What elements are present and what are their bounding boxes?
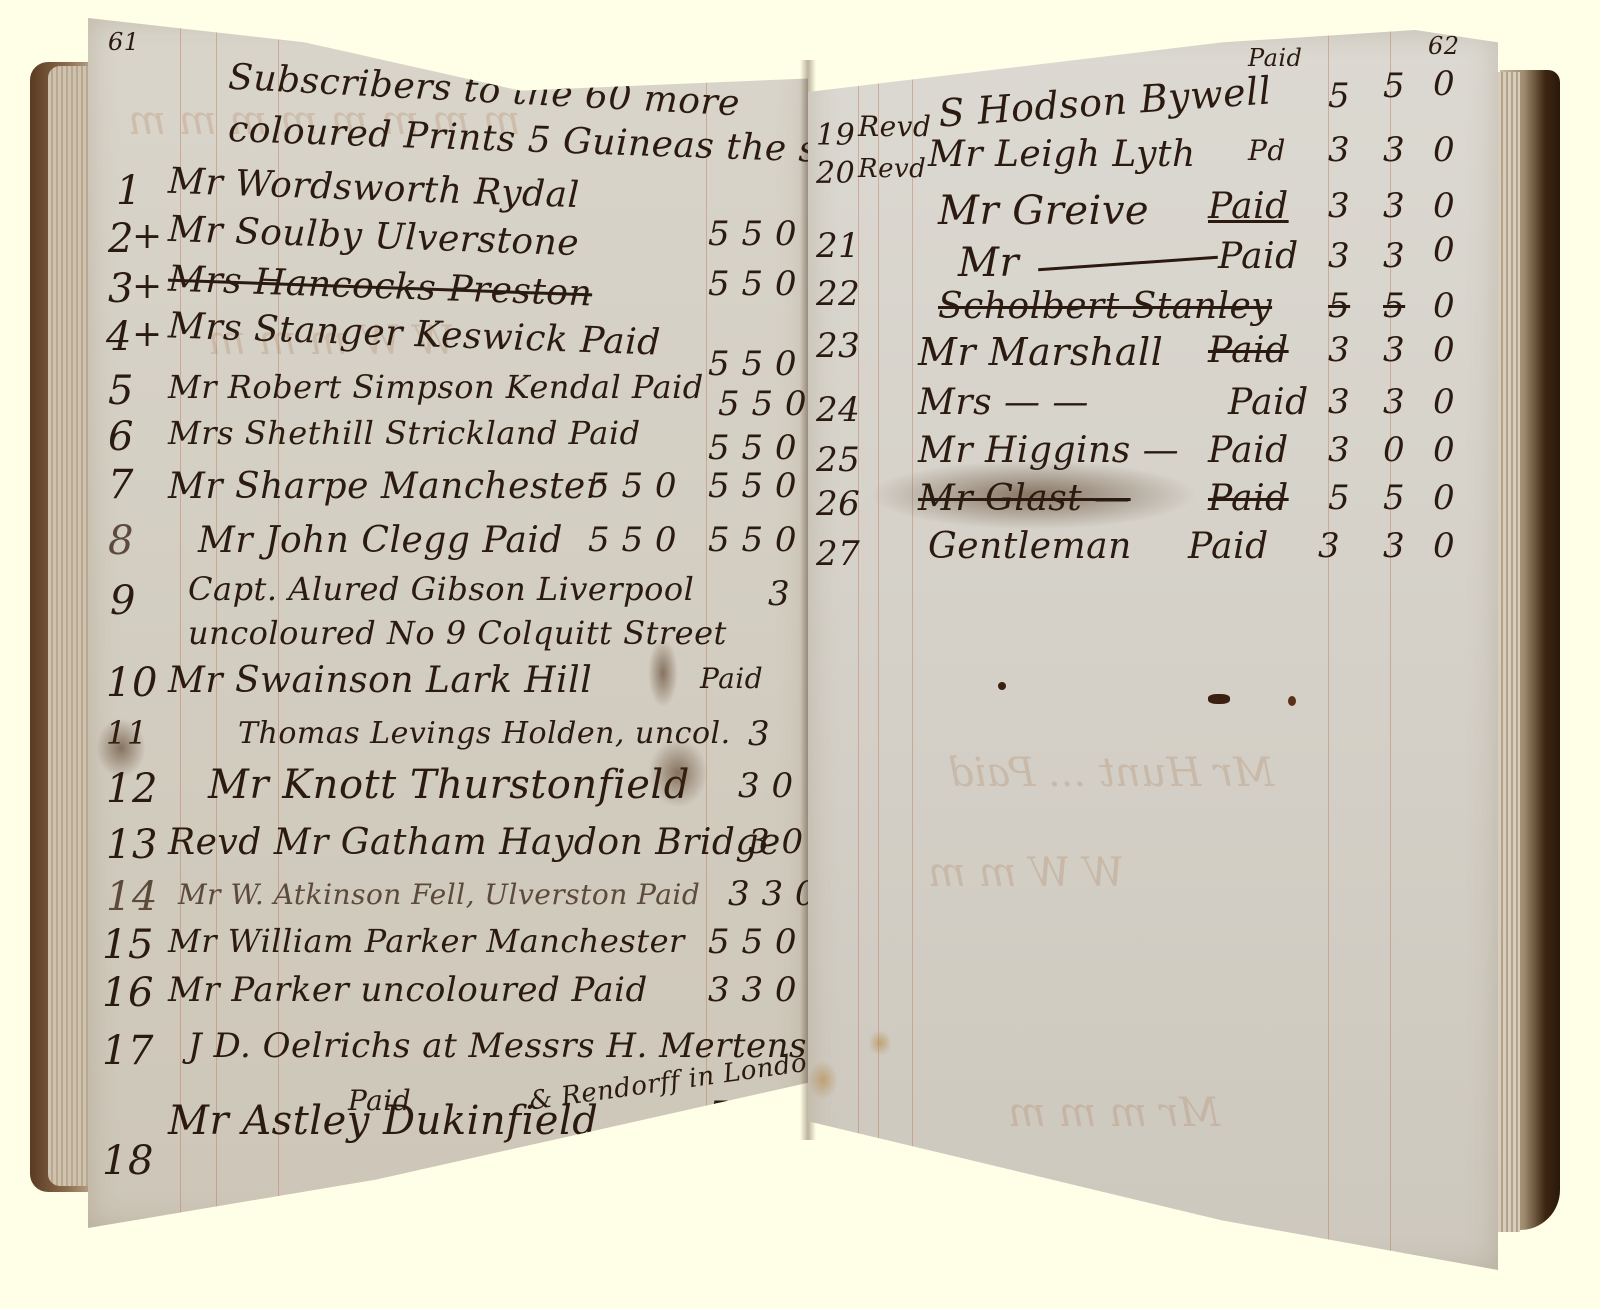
subscriber-name: Gentleman: [928, 526, 1132, 567]
subscriber-name: Mrs Shethill Strickland Paid: [168, 414, 641, 452]
entry-number: 2: [108, 216, 134, 262]
amount-pence: 0: [1433, 478, 1455, 518]
amount: 5 5 0: [708, 922, 797, 962]
ink-blot: [998, 682, 1006, 690]
amount: 3 0: [748, 822, 804, 862]
subscriber-name: Mr Marshall: [918, 330, 1163, 374]
subscriber-name: Mrs Hancocks Preston: [167, 259, 592, 315]
amount: 5 5 0: [708, 520, 797, 560]
payment-note: Paid: [1208, 186, 1289, 227]
left-page: m m m m m m m m W W m m m 61 Subscribers…: [88, 18, 808, 1228]
amount-pence: 0: [1433, 430, 1455, 470]
subscriber-name: Mr Glast —: [918, 478, 1131, 519]
payment-note: Pd: [1248, 134, 1286, 167]
entry-number: 7: [108, 462, 134, 508]
entry-mark: +: [132, 314, 163, 355]
subscriber-name: Mr Knott Thurstonfield: [208, 762, 690, 808]
amount: 3: [768, 574, 790, 614]
subscriber-name: Scholbert Stanley: [938, 286, 1272, 327]
entry-number: 9: [110, 578, 136, 624]
amount-shillings: 3: [1383, 526, 1405, 566]
page-number: 62: [1428, 32, 1460, 60]
payment-note: Paid: [1228, 382, 1309, 423]
ink-blot: [1208, 694, 1230, 704]
ruled-line: [878, 30, 879, 1270]
subscriber-name: Mr Greive: [938, 188, 1149, 234]
amount-shillings: 5: [1383, 66, 1405, 106]
payment-note: Paid: [700, 662, 763, 695]
amount-pounds: 5: [1328, 286, 1350, 326]
amount-pounds: 5: [1328, 76, 1350, 116]
amount: 5 5 0: [708, 264, 797, 304]
amount-shillings: 0: [1383, 430, 1405, 470]
amount-pounds: 3: [1328, 430, 1350, 470]
entry-number: 19: [816, 118, 855, 153]
subscriber-name: Mr John Clegg Paid: [198, 520, 563, 561]
ink-smudge: [648, 638, 678, 708]
subscriber-name: Mr Robert Simpson Kendal Paid: [168, 368, 704, 406]
amount: 5 5 0: [708, 214, 797, 254]
subscriber-name: Mr William Parker Manchester: [168, 922, 685, 960]
entry-number: 4: [106, 314, 132, 360]
entry-number: 23: [816, 326, 860, 366]
amount: 5 5 0: [718, 384, 807, 424]
amount: 5 5 0: [588, 520, 677, 560]
water-stain: [808, 1060, 838, 1100]
right-page: Mr Hunt ... Paid W W m m Mr m m m 62 19 …: [808, 30, 1498, 1270]
subscriber-name: Mrs — —: [918, 382, 1089, 423]
amount-pounds: 5: [1328, 478, 1350, 518]
entry-number: 6: [108, 414, 134, 460]
subscriber-name: S Hodson Bywell: [937, 68, 1273, 135]
subscriber-name: Mr Leigh Lyth: [928, 134, 1196, 175]
ink-smudge: [96, 718, 146, 778]
entry-number: 22: [816, 274, 860, 314]
ruled-line: [858, 30, 859, 1270]
amount-pence: 0: [1433, 230, 1455, 270]
subscriber-name: Mr W. Atkinson Fell, Ulverston Paid: [178, 878, 700, 911]
entry-number: 21: [816, 226, 860, 266]
payment-note: Paid: [1188, 526, 1269, 567]
entry-number: 5: [108, 368, 134, 414]
amount-pounds: 3: [1318, 526, 1340, 566]
amount: 3 0: [738, 766, 794, 806]
amount-shillings: 5: [1383, 478, 1405, 518]
amount-pence: 0: [1433, 330, 1455, 370]
payment-note: Paid: [1208, 330, 1289, 371]
ink-blot: [1288, 696, 1296, 706]
subscriber-name: Mr Swainson Lark Hill: [168, 660, 592, 701]
payment-note: Paid: [1208, 478, 1289, 519]
entry-prefix: Revd: [858, 154, 926, 184]
amount-shillings: 3: [1383, 330, 1405, 370]
subscriber-name: Mr Parker uncoloured Paid: [168, 970, 648, 1010]
amount-shillings: 3: [1383, 130, 1405, 170]
ruled-line: [912, 30, 913, 1270]
entry-number: 15: [102, 922, 154, 968]
amount-shillings: 5: [1383, 286, 1405, 326]
subscriber-name: Mr Wordsworth Rydal: [167, 161, 580, 216]
amount-pence: 0: [1433, 64, 1455, 104]
payment-note: Paid: [1218, 236, 1299, 277]
entry-number: 3: [108, 266, 134, 312]
subscriber-name: Capt. Alured Gibson Liverpool: [188, 570, 694, 608]
entry-number: 1: [116, 168, 142, 214]
amount: 5 5 0: [708, 344, 797, 384]
subscriber-name: Thomas Levings Holden, uncol.: [238, 716, 731, 751]
blank-line: [1038, 256, 1218, 272]
entry-number: 20: [816, 156, 855, 191]
amount-pence: 0: [1433, 286, 1455, 326]
payment-note: Paid: [1208, 430, 1289, 471]
amount-pence: 0: [1433, 526, 1455, 566]
amount-pence: 0: [1433, 186, 1455, 226]
entry-mark: +: [132, 216, 163, 257]
entry-number: 26: [816, 484, 860, 524]
page-number: 61: [108, 28, 140, 56]
subscriber-name: Mr Astley Dukinfield: [168, 1098, 598, 1144]
subscriber-name: Mr: [958, 240, 1019, 286]
amount: 3 3 0: [708, 970, 797, 1010]
entry-mark: +: [132, 266, 163, 307]
amount: 3 3 0: [728, 874, 808, 914]
amount: 5 5 0: [588, 466, 677, 506]
entry-number: 16: [102, 970, 154, 1016]
entry-number: 17: [102, 1028, 154, 1074]
amount-shillings: 3: [1383, 382, 1405, 422]
entry-number: 27: [816, 534, 860, 574]
subscriber-address: uncoloured No 9 Colquitt Street: [188, 614, 727, 652]
entry-number: 8: [108, 518, 134, 564]
amount: 5 5 0: [708, 428, 797, 468]
entry-prefix: Revd: [858, 110, 931, 143]
amount-pence: 0: [1433, 130, 1455, 170]
amount-pounds: 3: [1328, 382, 1350, 422]
amount: 3: [748, 714, 770, 754]
entry-number: 24: [816, 390, 860, 430]
entry-number: 13: [106, 822, 158, 868]
amount-pounds: 3: [1328, 186, 1350, 226]
entry-number: 14: [106, 874, 158, 920]
amount-pounds: 3: [1328, 130, 1350, 170]
amount: 5 5 0: [708, 1094, 797, 1134]
entry-number: 10: [106, 660, 158, 706]
subscriber-name: Mr Soulby Ulverstone: [167, 209, 579, 264]
payment-note: Paid: [1248, 44, 1302, 72]
ink-smudge: [648, 738, 708, 808]
amount-shillings: 3: [1383, 236, 1405, 276]
amount-pounds: 3: [1328, 330, 1350, 370]
entry-number: 18: [102, 1138, 154, 1184]
amount: 5 5 0: [708, 466, 797, 506]
subscriber-name: Mr Sharpe Manchester: [168, 466, 603, 507]
amount-pence: 0: [1433, 382, 1455, 422]
water-stain: [868, 1030, 892, 1056]
amount-shillings: 3: [1383, 186, 1405, 226]
amount-pounds: 3: [1328, 236, 1350, 276]
entry-number: 25: [816, 440, 860, 480]
subscriber-name: Revd Mr Gatham Haydon Bridge: [168, 822, 781, 863]
